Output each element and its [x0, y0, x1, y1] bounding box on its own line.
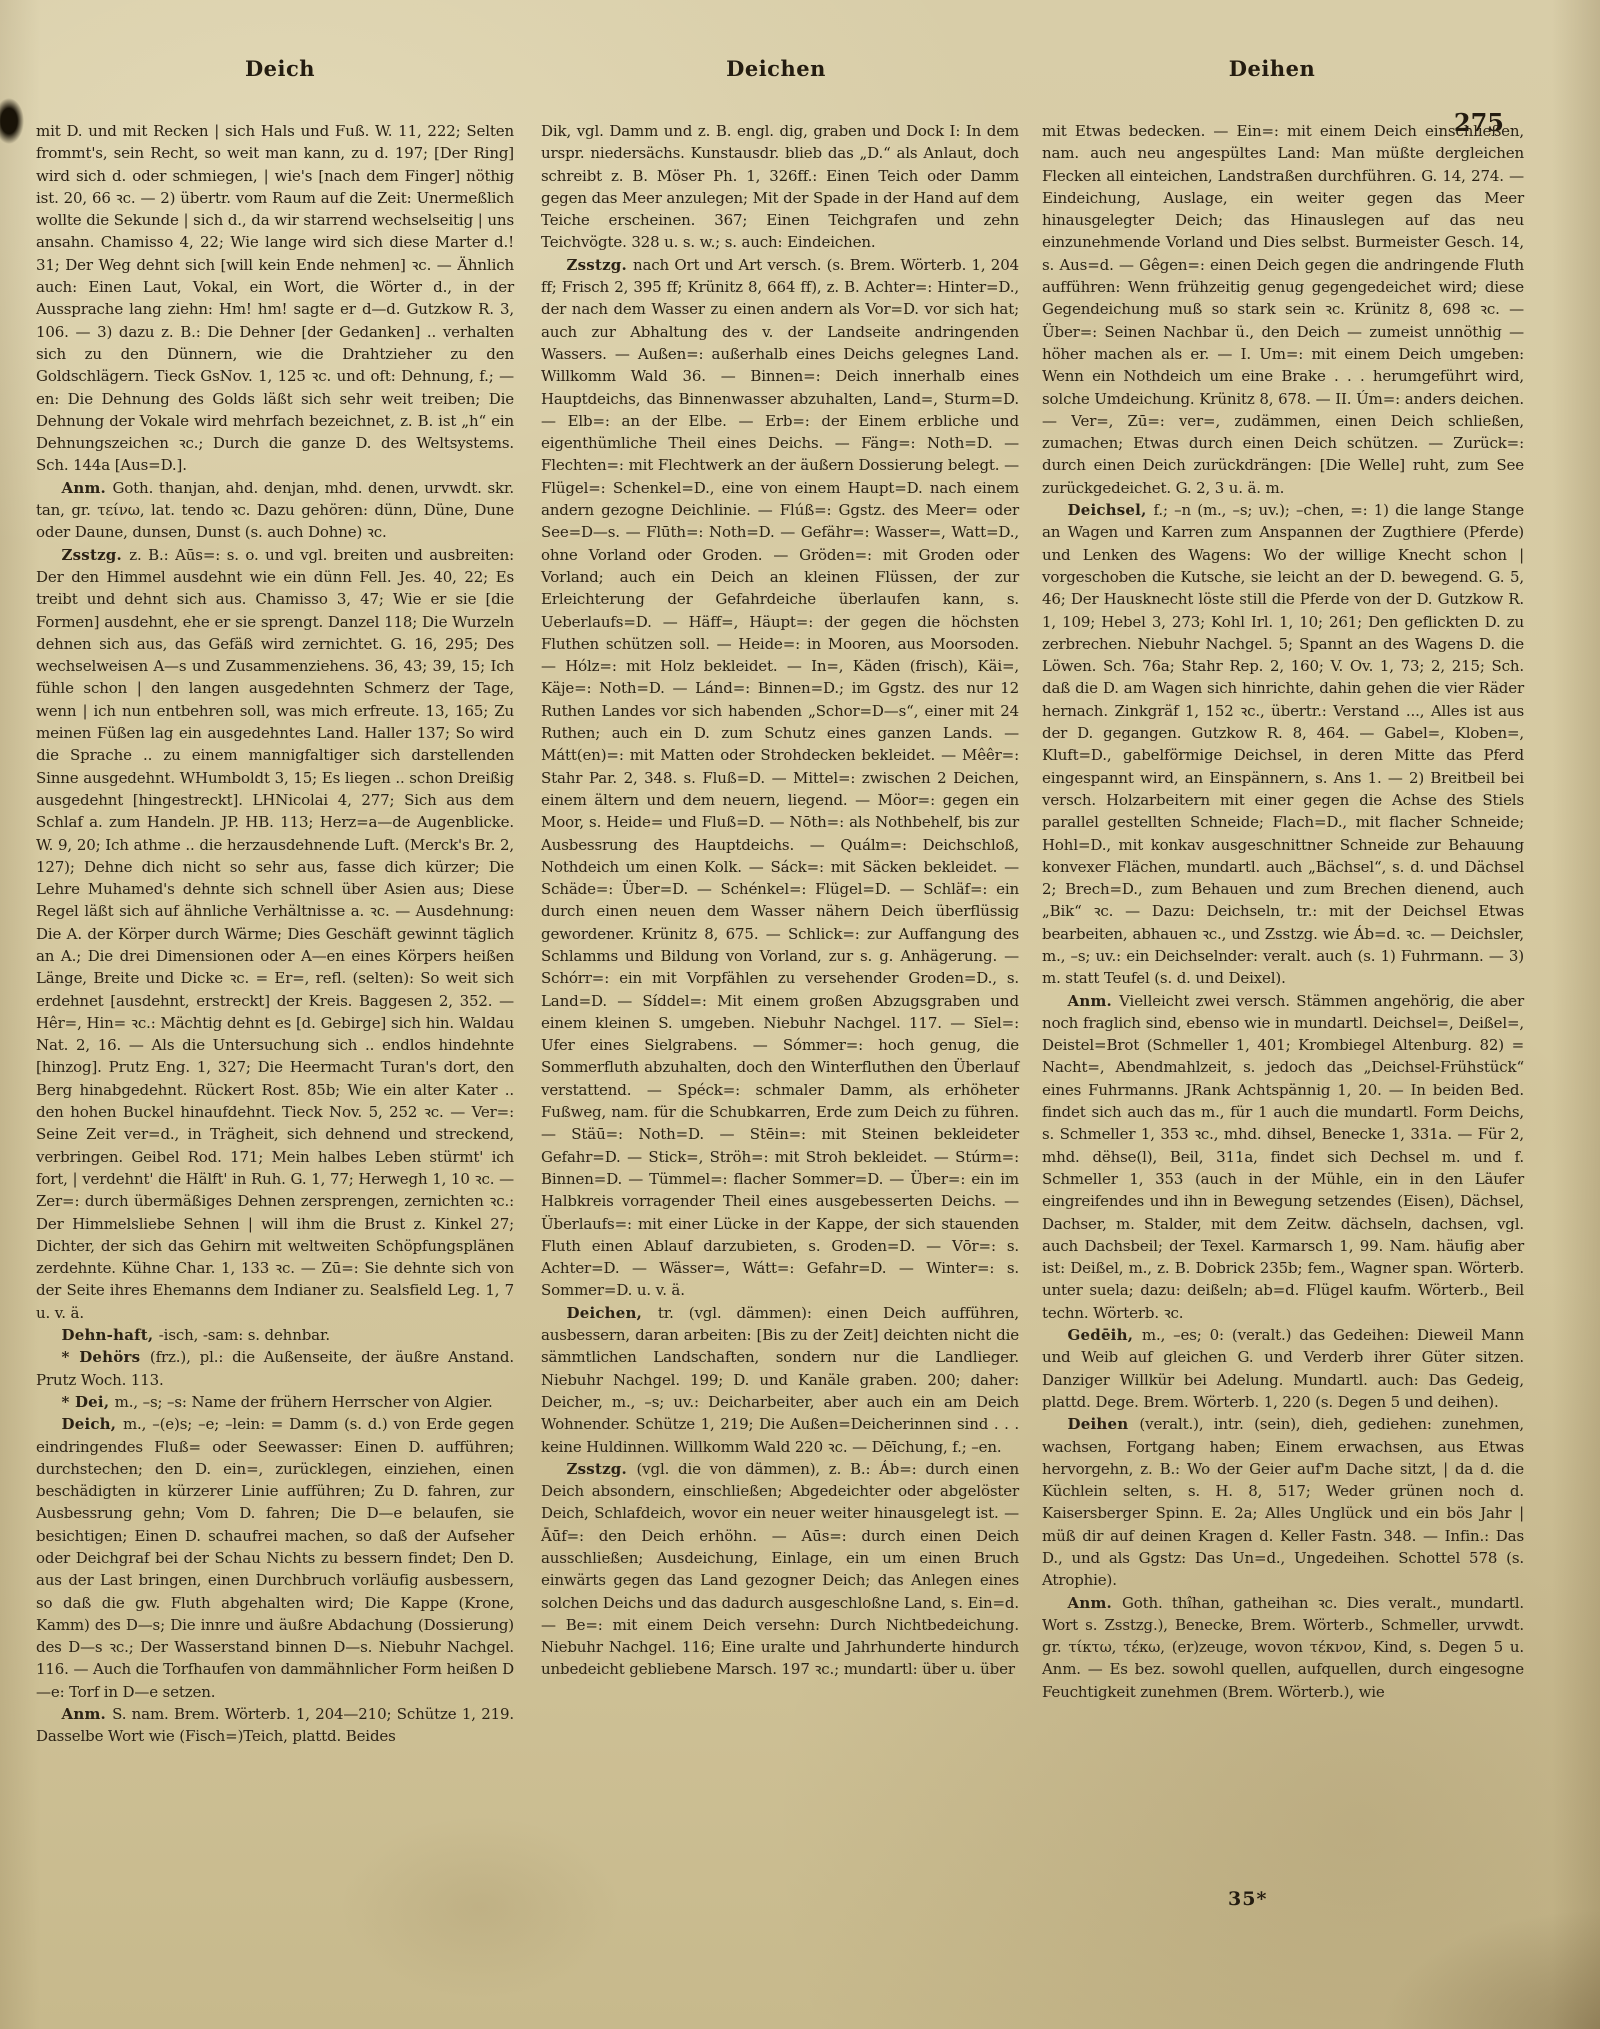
dictionary-page: Deich Deichen Deihen 275 mit D. und mit …: [0, 0, 1600, 2029]
headword: Dehn-haft,: [62, 1326, 159, 1344]
paragraph: Zsstzg. nach Ort und Art versch. (s. Bre…: [541, 254, 1019, 1302]
text-column-center: Dik, vgl. Damm und z. B. engl. dig, grab…: [541, 120, 1019, 1681]
text-column-right: mit Etwas bedecken. — Ein=: mit einem De…: [1042, 120, 1524, 1703]
headword: Deichsel,: [1068, 501, 1154, 519]
headword: * Dei,: [62, 1393, 115, 1411]
headword: Anm.: [62, 1705, 113, 1723]
paragraph: Anm. Vielleicht zwei versch. Stämmen ang…: [1042, 990, 1524, 1324]
paragraph: mit D. und mit Recken | sich Hals und Fu…: [36, 120, 514, 477]
headword: Zsstzg.: [62, 546, 130, 564]
paragraph: Deihen (veralt.), intr. (sein), dieh, ge…: [1042, 1413, 1524, 1591]
headword: Gedēih,: [1068, 1326, 1142, 1344]
page-edge-shadow: [1380, 1909, 1600, 2029]
headword: Anm.: [1068, 992, 1120, 1010]
running-head-right: Deihen: [1229, 56, 1315, 81]
running-head-center: Deichen: [726, 56, 826, 81]
headword: Deihen: [1068, 1415, 1140, 1433]
paragraph: Deichen, tr. (vgl. dämmen): einen Deich …: [541, 1302, 1019, 1458]
paragraph: Anm. Goth. thîhan, gatheihan ꝛc. Dies ve…: [1042, 1592, 1524, 1703]
running-head-left: Deich: [245, 56, 315, 81]
paragraph: Anm. Goth. thanjan, ahd. denjan, mhd. de…: [36, 477, 514, 544]
paragraph: Dik, vgl. Damm und z. B. engl. dig, grab…: [541, 120, 1019, 254]
paragraph: Anm. S. nam. Brem. Wörterb. 1, 204—210; …: [36, 1703, 514, 1748]
headword: Deich,: [62, 1415, 123, 1433]
headword: * Dehörs: [62, 1348, 150, 1366]
headword: Deichen,: [567, 1304, 658, 1322]
running-head: Deich Deichen Deihen 275: [0, 56, 1600, 90]
paragraph: Deich, m., –(e)s; –e; –lein: = Damm (s. …: [36, 1413, 514, 1703]
paragraph: * Dei, m., –s; –s: Name der frühern Herr…: [36, 1391, 514, 1413]
paragraph: Zsstzg. (vgl. die von dämmen), z. B.: Áb…: [541, 1458, 1019, 1681]
paragraph: Zsstzg. z. B.: Aūs=: s. o. und vgl. brei…: [36, 544, 514, 1324]
headword: Anm.: [1068, 1594, 1122, 1612]
paragraph: * Dehörs (frz.), pl.: die Außenseite, de…: [36, 1346, 514, 1391]
headword: Anm.: [62, 479, 113, 497]
paragraph: mit Etwas bedecken. — Ein=: mit einem De…: [1042, 120, 1524, 499]
paragraph: Dehn-haft, -isch, -sam: s. dehnbar.: [36, 1324, 514, 1346]
text-column-left: mit D. und mit Recken | sich Hals und Fu…: [36, 120, 514, 1748]
paragraph: Deichsel, f.; –n (m., –s; uv.); –chen, =…: [1042, 499, 1524, 990]
headword: Zsstzg.: [567, 1460, 637, 1478]
printer-signature-mark: 35*: [1228, 1888, 1267, 1910]
ink-blot: [0, 98, 24, 144]
headword: Zsstzg.: [567, 256, 634, 274]
paragraph: Gedēih, m., –es; 0: (veralt.) das Gedeih…: [1042, 1324, 1524, 1413]
